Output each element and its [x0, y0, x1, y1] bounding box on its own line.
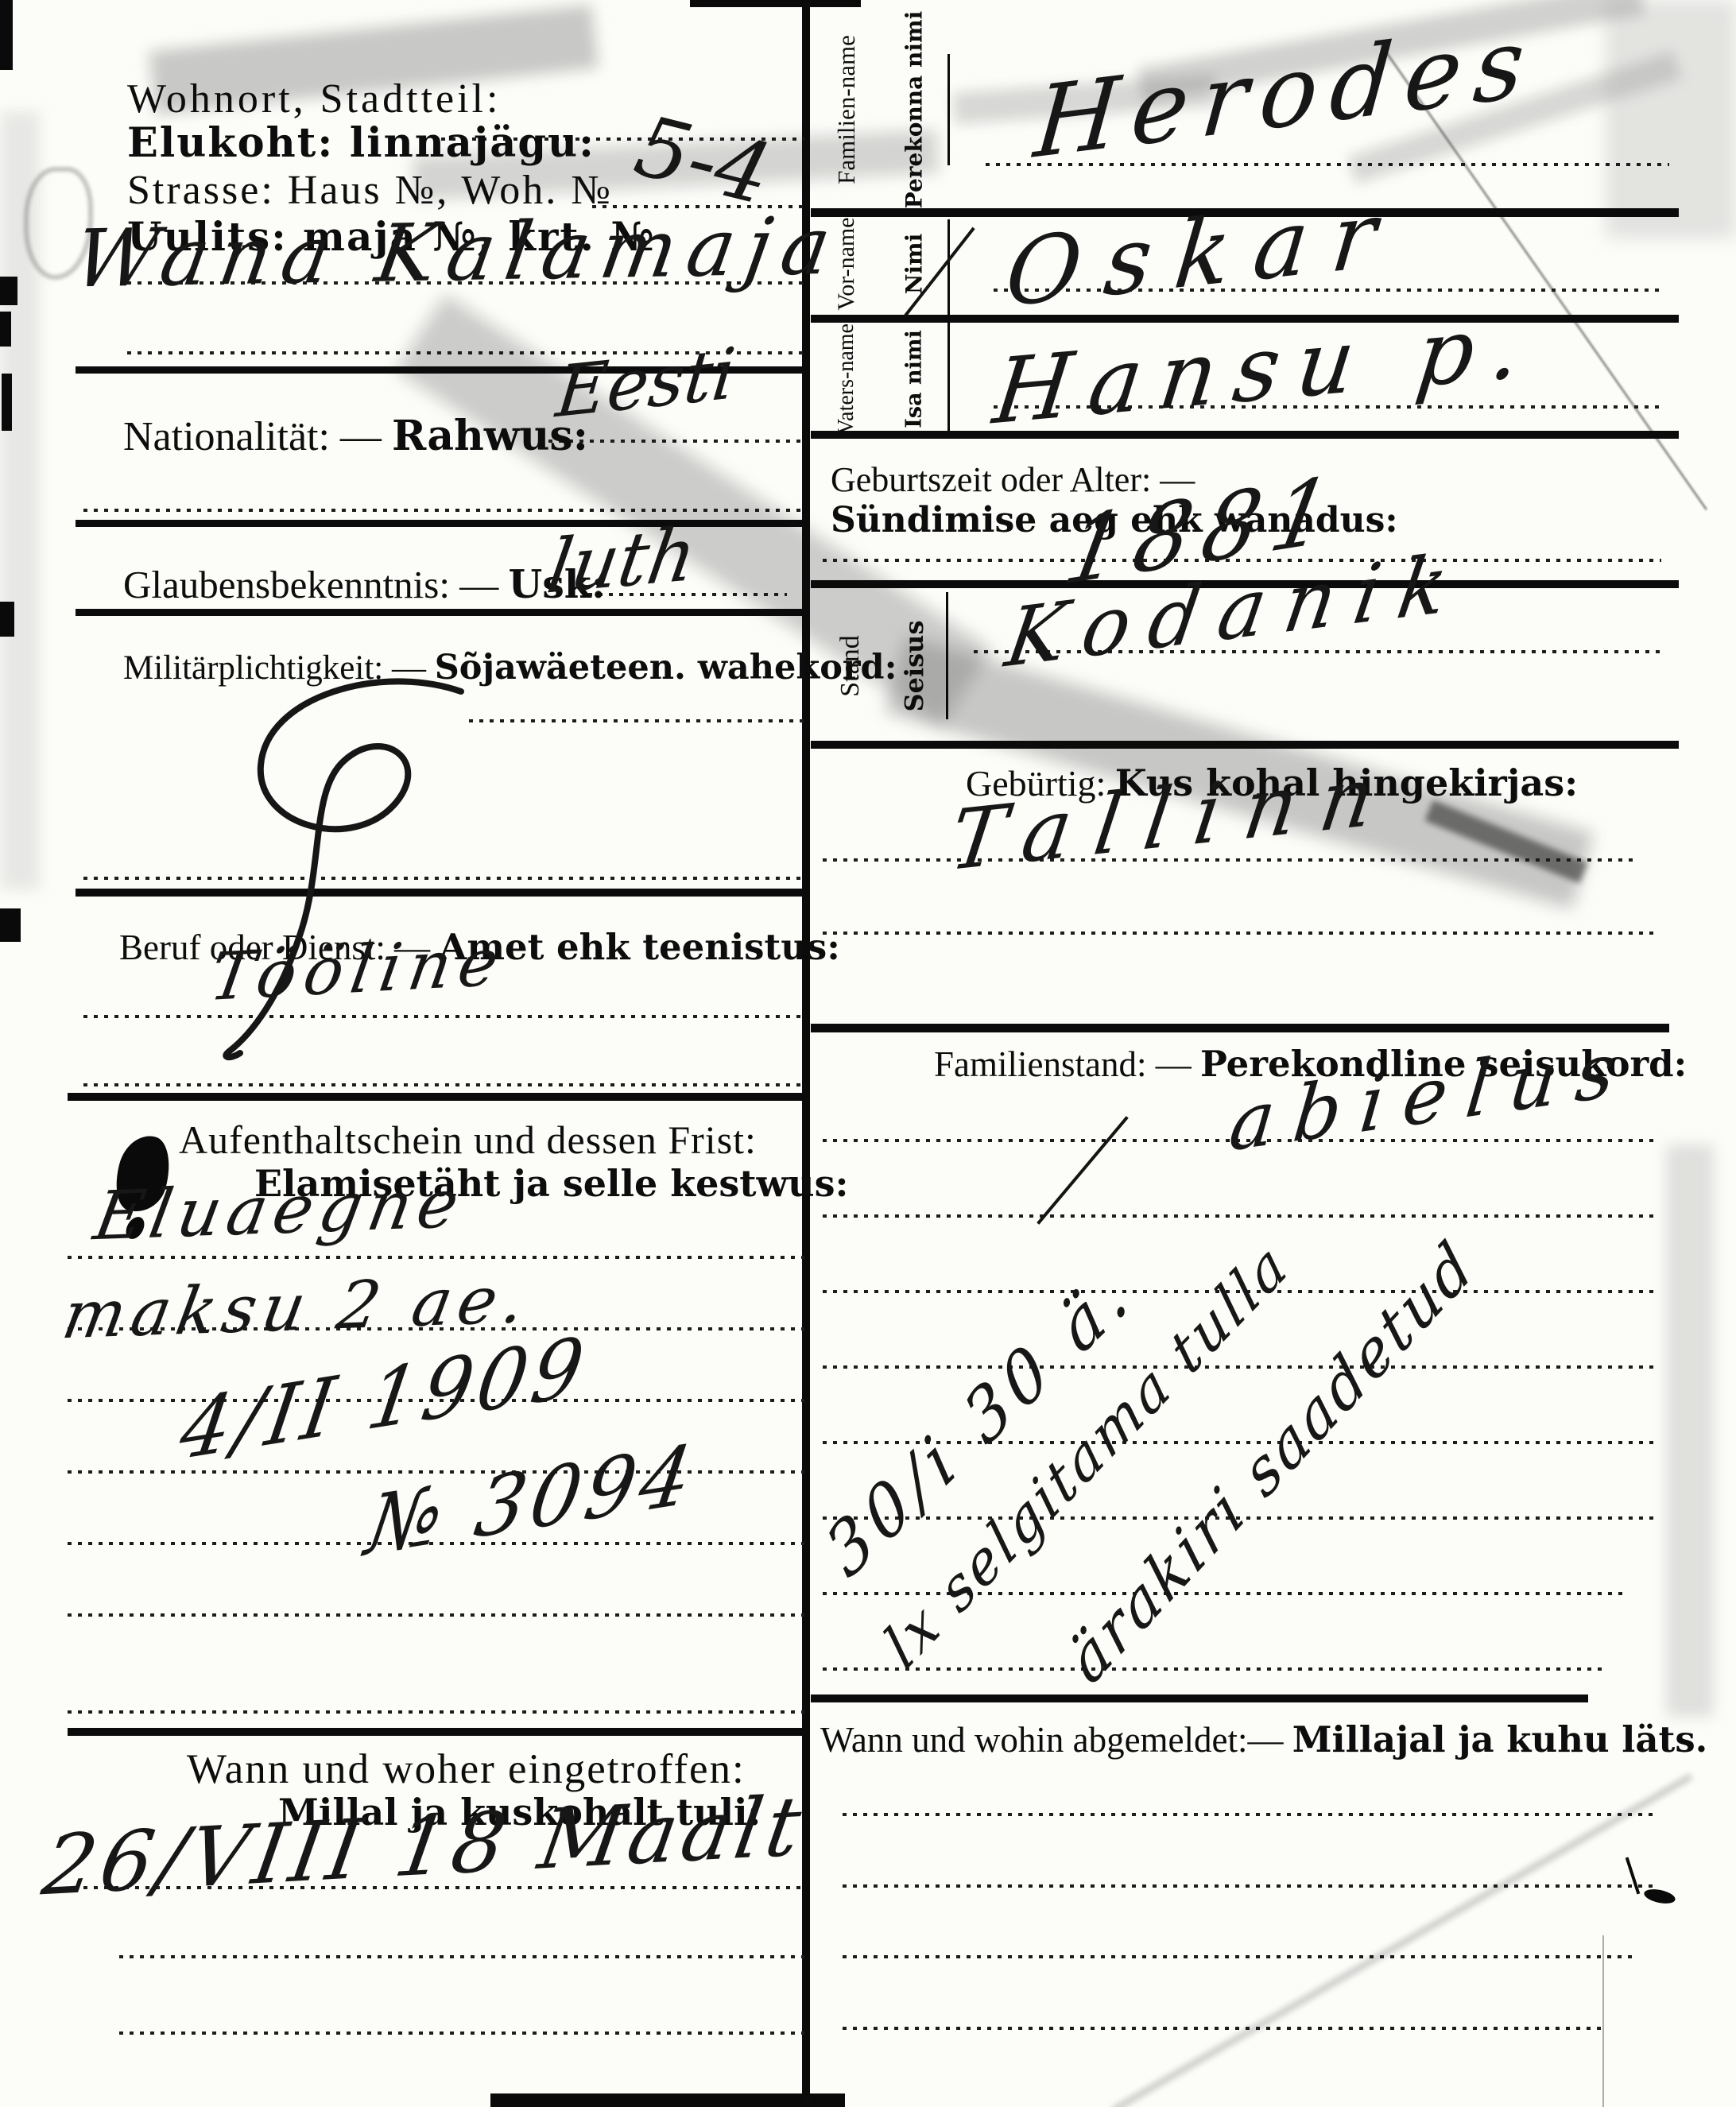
entry-religion: luth — [543, 517, 701, 605]
label-aufenthalt-de: Aufenthaltschein und dessen Frist: — [179, 1117, 757, 1163]
entry-permit-4: № 3094 — [361, 1433, 701, 1567]
writing-line — [469, 719, 804, 722]
label-elukoht: Elukoht: linnajägu: — [127, 119, 595, 167]
scan-mark-top — [690, 0, 861, 7]
entry-first-name: Oskar — [1002, 187, 1404, 321]
label-departure: Wann und wohin abgemeldet:— Millajal ja … — [820, 1718, 1707, 1760]
crease-bottom-right — [1111, 1774, 1692, 2107]
writing-line — [823, 1214, 1653, 1218]
label-millajal-et: Millajal ja kuhu läts. — [1292, 1718, 1708, 1760]
section-rule — [811, 741, 1679, 749]
label-separator — [946, 592, 948, 719]
torn-edge-top-right — [1606, 0, 1736, 238]
label-seisus-et: Seisus — [899, 621, 929, 712]
label-isanimi-et: Isa nimi — [902, 330, 927, 428]
scan-mark-edge — [2, 374, 12, 431]
label-nationality: Nationalität: — Rahwus: — [123, 412, 588, 460]
scan-mark-edge — [0, 277, 17, 305]
pen-flourish-path — [226, 681, 461, 1057]
label-perekonnanimi-et: Perekonna nimi — [901, 11, 928, 209]
label-nimi-et: Nimi — [901, 234, 928, 295]
writing-line — [68, 1256, 804, 1259]
writing-line — [68, 1613, 804, 1617]
label-familienname-de: Familien-name — [832, 35, 861, 184]
label-nationalitaet-de: Nationalität: — — [123, 414, 382, 459]
registration-card-scan: Wohnort, Stadtteil: Elukoht: linnajägu: … — [0, 0, 1736, 2107]
label-glaubens-de: Glaubensbekenntnis: — — [123, 563, 498, 606]
pen-slash-marital — [1037, 1116, 1129, 1225]
entry-nationality: Eesti — [553, 339, 738, 428]
writing-line — [843, 1884, 1653, 1888]
entry-arrival: 26/VIII 18 Maalt — [37, 1785, 811, 1908]
faint-line-bottom-right — [1602, 1935, 1604, 2107]
scan-mark-edge — [0, 0, 13, 70]
writing-line — [119, 2031, 804, 2035]
pen-hook-blob — [1643, 1887, 1676, 1906]
section-rule — [811, 1024, 1669, 1032]
label-familienstand-de: Familienstand: — — [934, 1044, 1192, 1084]
label-religion: Glaubensbekenntnis: — Usk: — [123, 561, 606, 607]
label-stand-de: Stand — [835, 635, 866, 696]
entry-permit-2: maksu 2 ae. — [58, 1267, 536, 1349]
smudge-dark-tail — [1424, 800, 1587, 884]
section-rule — [811, 1695, 1588, 1702]
entry-family-name: Herodes — [1031, 12, 1540, 172]
section-rule — [811, 431, 1679, 439]
writing-line — [68, 1710, 804, 1714]
section-rule — [68, 1093, 804, 1101]
scan-mark-bottom — [490, 2093, 845, 2107]
writing-line — [843, 2027, 1606, 2030]
scan-mark-edge — [0, 602, 14, 637]
writing-line — [823, 1667, 1606, 1671]
label-separator — [947, 54, 950, 165]
writing-line — [843, 1955, 1637, 1958]
scan-mark-edge — [0, 312, 11, 347]
label-abgemeldet-de: Wann und wohin abgemeldet:— — [820, 1720, 1284, 1760]
writing-line — [119, 1955, 804, 1958]
scan-mark-edge — [0, 908, 21, 942]
torn-edge-left — [0, 111, 40, 890]
writing-line — [823, 931, 1653, 935]
entry-street: Wana Kalamaja — [69, 206, 847, 299]
section-rule — [68, 1728, 804, 1736]
pen-flourish — [199, 672, 517, 1069]
writing-line — [843, 1813, 1653, 1816]
writing-line — [823, 1365, 1653, 1369]
entry-permit-1: Eluaegne — [90, 1170, 470, 1250]
label-separator — [947, 219, 950, 431]
label-vatersname-de: Vaters-name — [834, 323, 859, 435]
label-wohnort: Wohnort, Stadtteil: — [127, 76, 501, 122]
writing-line — [83, 1083, 804, 1086]
torn-edge-right — [1666, 1145, 1714, 1717]
section-rule — [76, 609, 804, 616]
pen-hook-line — [1626, 1857, 1641, 1895]
